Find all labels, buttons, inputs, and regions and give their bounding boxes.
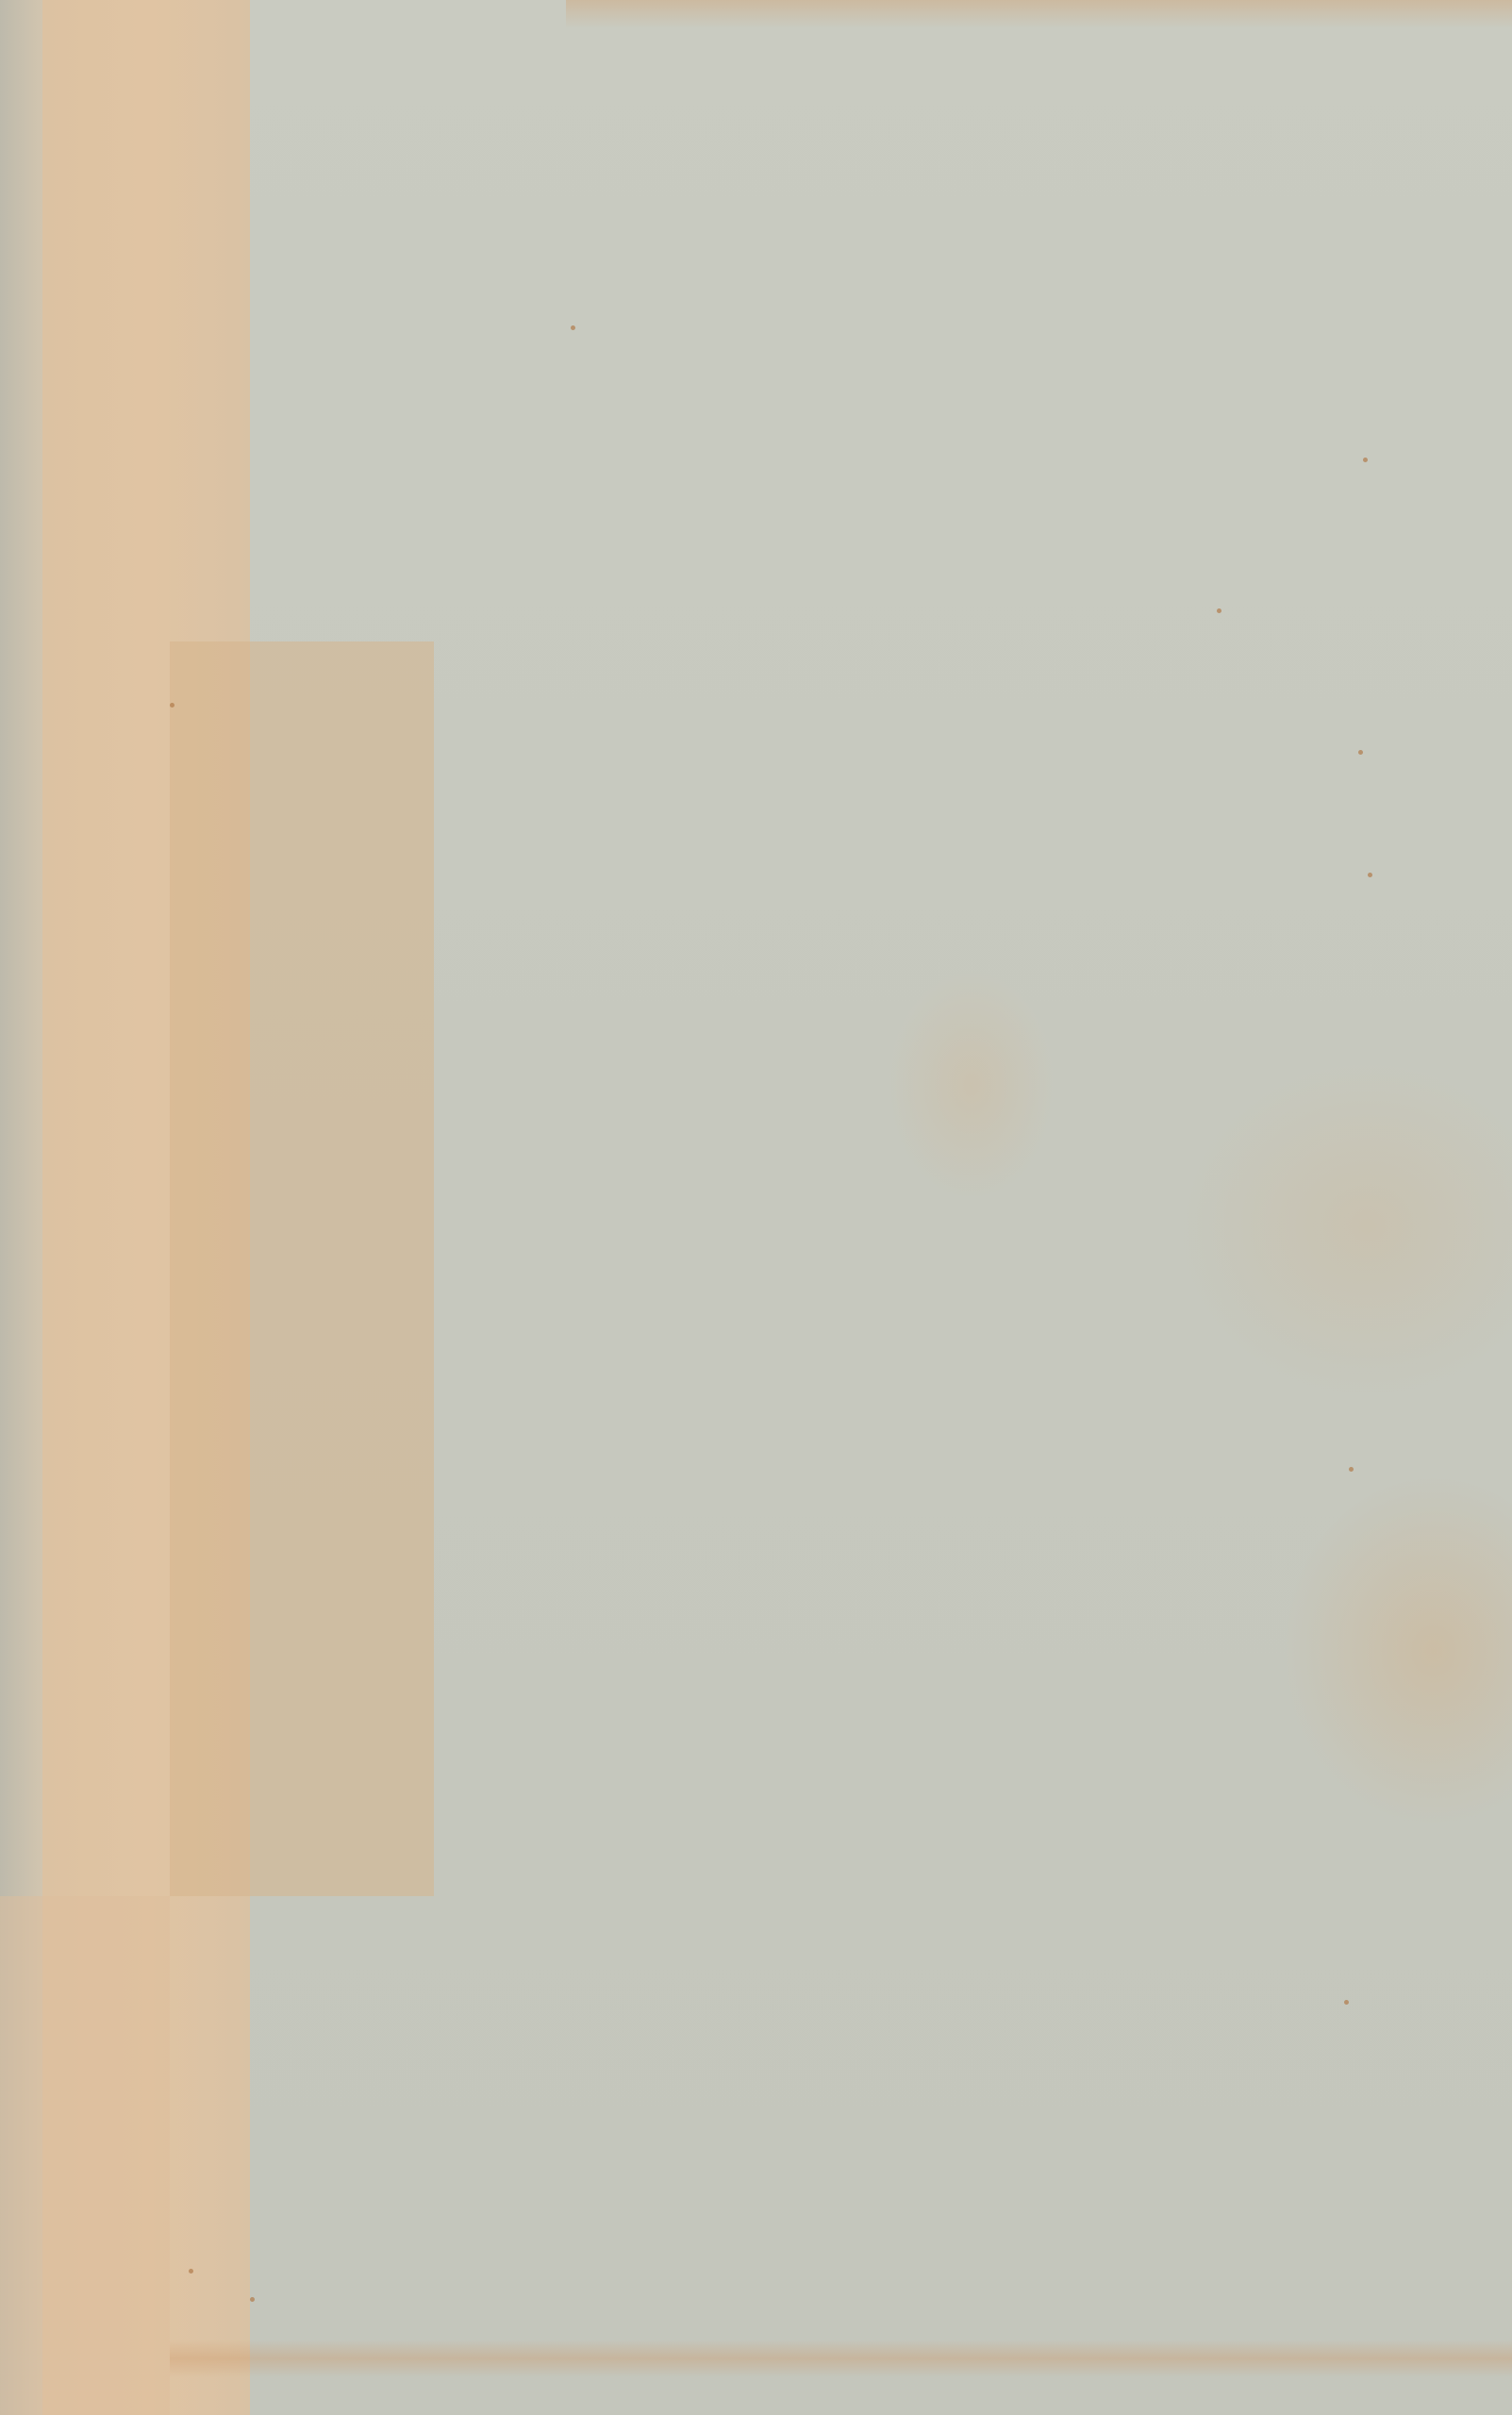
lower-left-discoloration: [0, 1896, 170, 2415]
foxing-spot: [1217, 608, 1221, 613]
foxing-spot: [1368, 873, 1372, 877]
top-edge-stain: [566, 0, 1512, 28]
foxing-spot: [571, 325, 575, 330]
foxing-spot: [1344, 2000, 1349, 2005]
foxing-spot: [170, 703, 174, 708]
aged-paper-page: [0, 0, 1512, 2415]
foxing-spot: [189, 2269, 193, 2273]
foxing-spot: [1363, 458, 1368, 462]
bottom-edge-stain: [170, 2340, 1512, 2377]
foxing-spot: [1358, 750, 1363, 755]
tape-residue-patch: [170, 641, 434, 1896]
foxing-spot: [1349, 1467, 1354, 1472]
foxing-spot: [250, 2297, 255, 2302]
